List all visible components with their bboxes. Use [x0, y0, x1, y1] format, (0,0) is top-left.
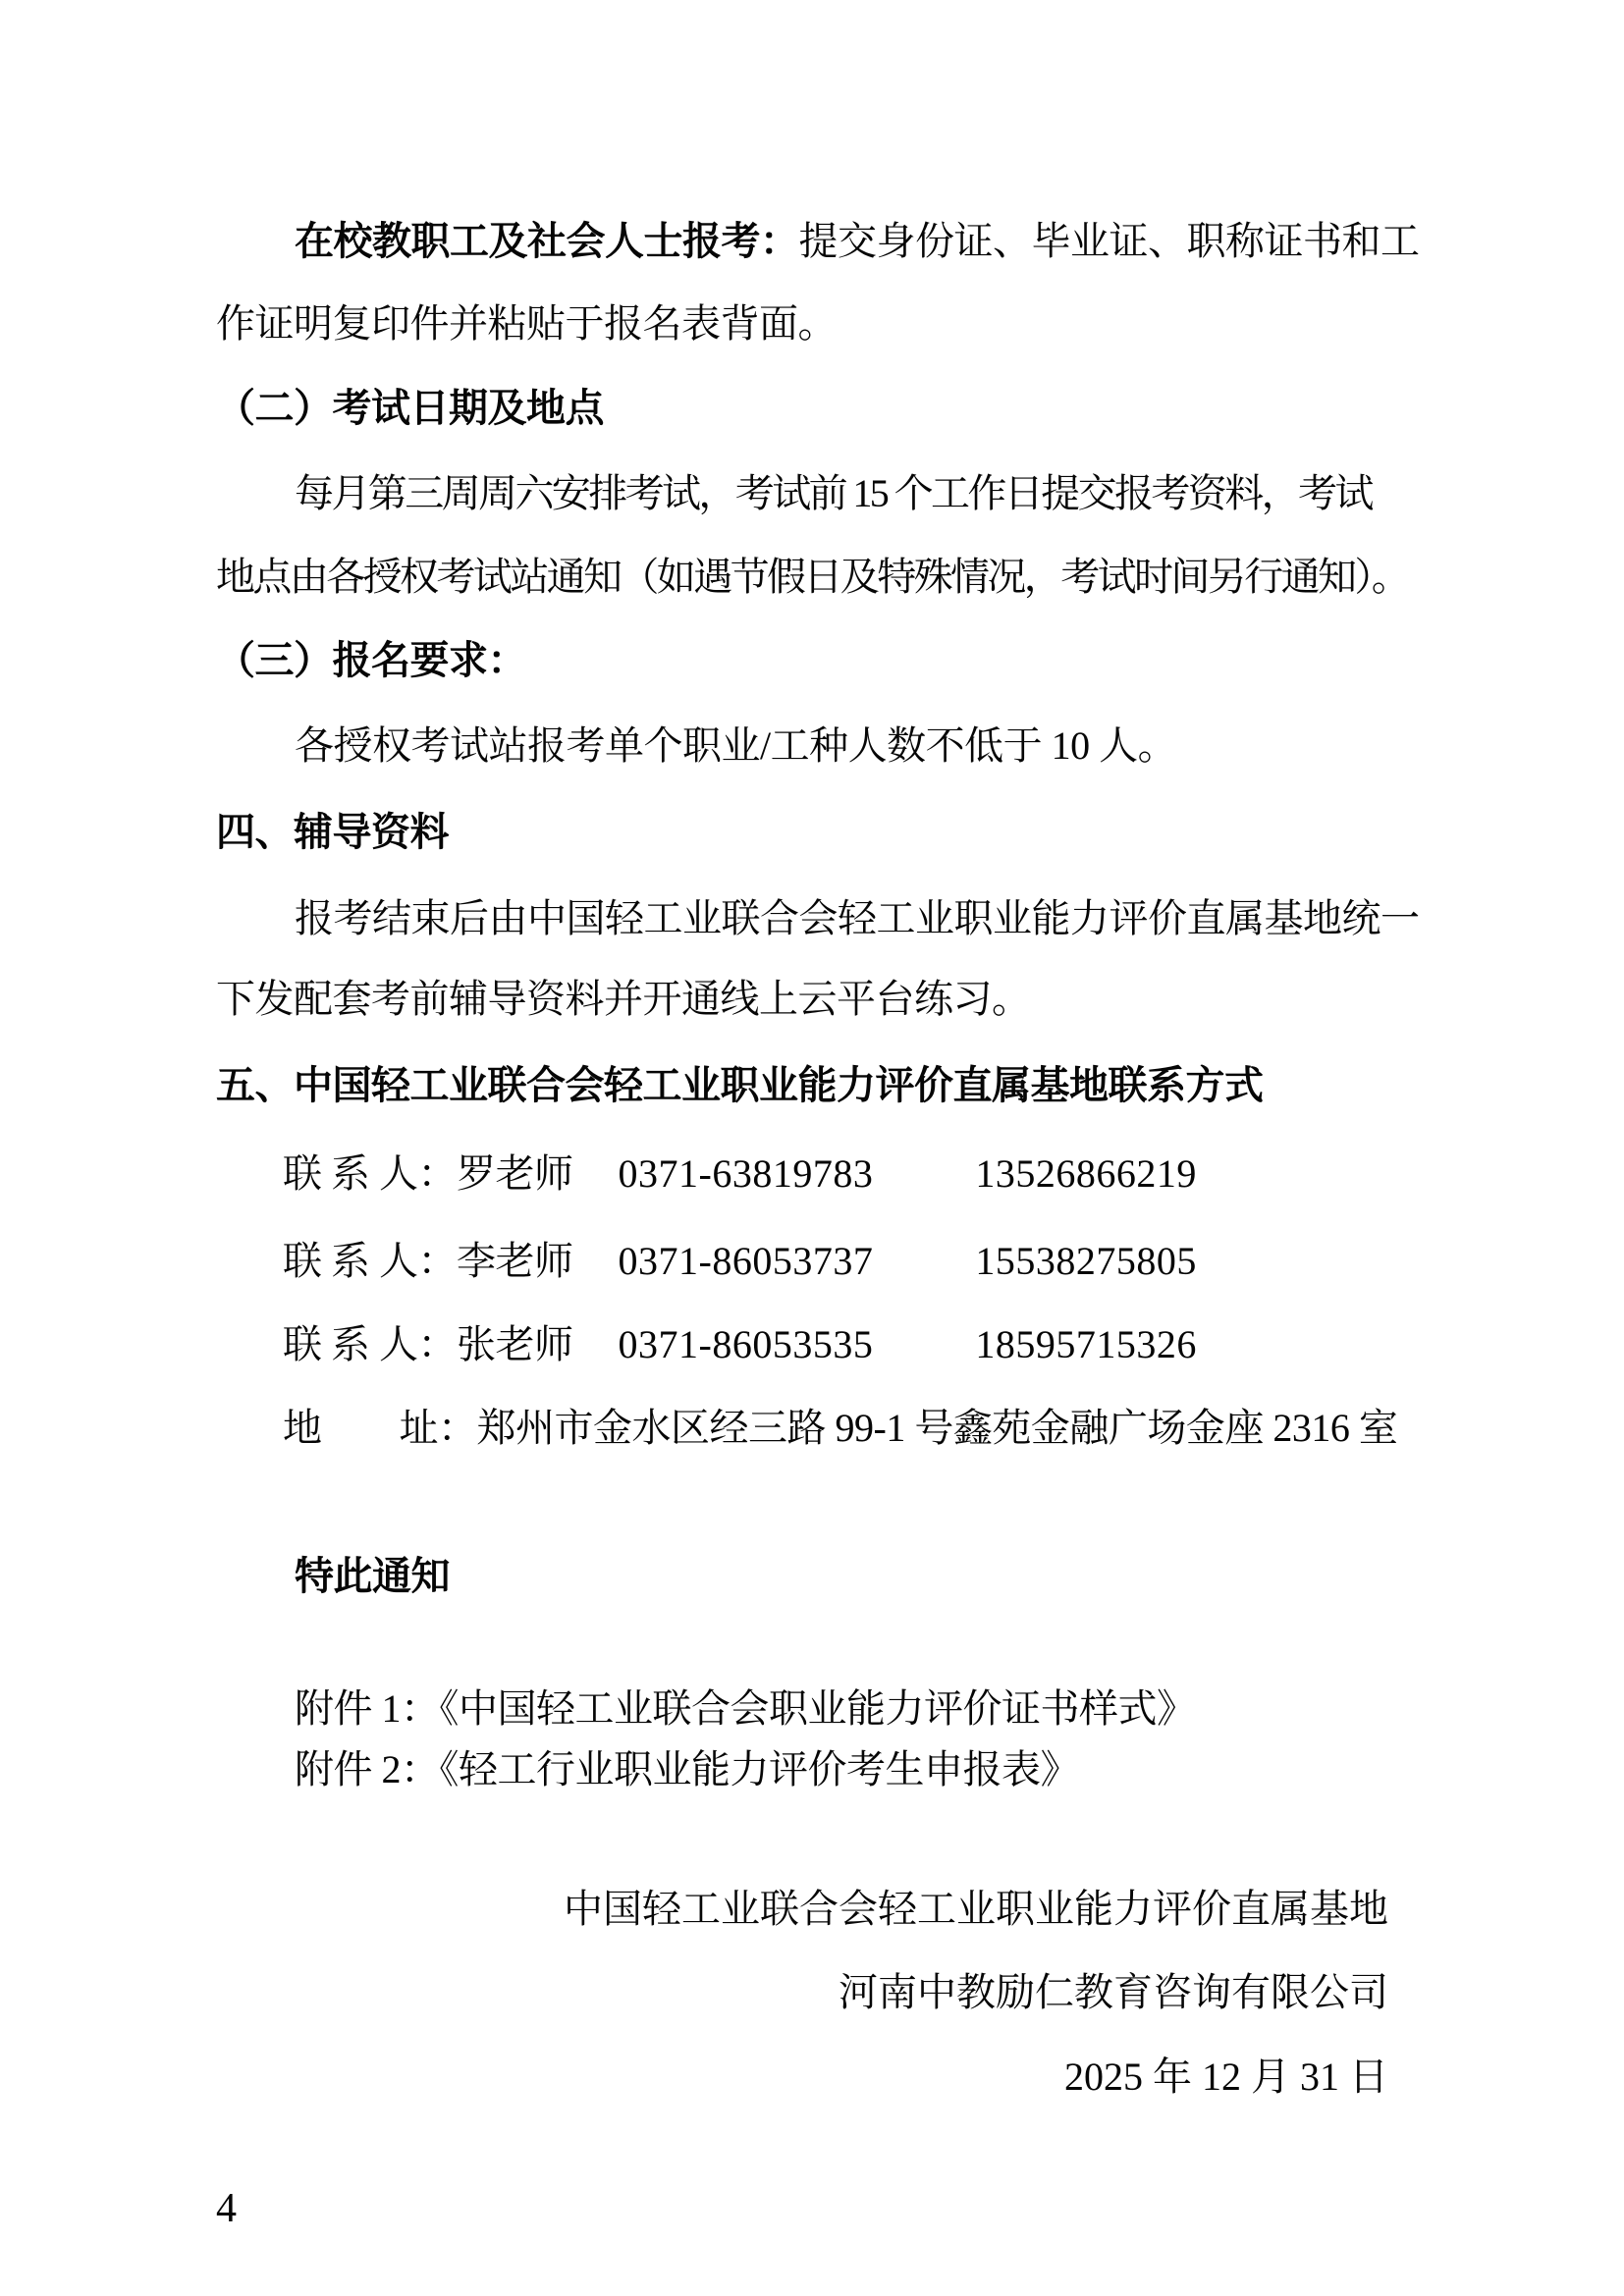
paragraph-staff-line2: 作证明复印件并粘贴于报名表背面。	[216, 300, 837, 347]
paragraph-materials-line2: 下发配套考前辅导资料并开通线上云平台练习。	[216, 976, 1031, 1023]
contact-mobile: 18595715326	[975, 1322, 1197, 1366]
contact-mobile: 13526866219	[975, 1151, 1197, 1196]
heading-exam-date-location: （二）考试日期及地点	[216, 385, 604, 432]
attachment-label: 附件 2：	[295, 1747, 440, 1791]
contact-label: 联 系 人：	[283, 1322, 457, 1366]
attachment-row: 附件 2：《轻工行业职业能力评价考生申报表》	[295, 1746, 1079, 1793]
attachment-title: 《中国轻工业联合会职业能力评价证书样式》	[440, 1686, 1196, 1731]
address-value: 郑州市金水区经三路 99-1 号鑫苑金融广场金座 2316 室	[477, 1406, 1398, 1450]
address-label: 地 址：	[283, 1406, 477, 1450]
paragraph-staff-rest: 提交身份证、毕业证、职称证书和工	[799, 219, 1420, 263]
contact-label: 联 系 人：	[283, 1239, 457, 1283]
page-number: 4	[216, 2185, 237, 2232]
contact-name: 李老师	[457, 1239, 573, 1283]
paragraph-exam-line1: 每月第三周周六安排考试，考试前 15 个工作日提交报考资料，考试	[295, 470, 1372, 517]
contact-phone: 0371-63819783	[619, 1151, 874, 1196]
signature-org-line1: 中国轻工业联合会轻工业职业能力评价直属基地	[216, 1886, 1388, 1933]
contact-phone: 0371-86053535	[619, 1322, 874, 1366]
signature-org-line2: 河南中教励仁教育咨询有限公司	[216, 1969, 1388, 2016]
paragraph-staff-line1: 在校教职工及社会人士报考：提交身份证、毕业证、职称证书和工	[295, 218, 1420, 265]
contact-row: 联 系 人：李老师0371-8605373715538275805	[283, 1238, 1197, 1285]
signature-date: 2025 年 12 月 31 日	[216, 2054, 1388, 2101]
contact-mobile: 15538275805	[975, 1239, 1197, 1283]
paragraph-staff-lead: 在校教职工及社会人士报考：	[295, 219, 799, 263]
heading-contact-info: 五、中国轻工业联合会轻工业职业能力评价直属基地联系方式	[216, 1062, 1264, 1109]
document-page: 在校教职工及社会人士报考：提交身份证、毕业证、职称证书和工 作证明复印件并粘贴于…	[0, 0, 1624, 2296]
paragraph-exam-line2: 地点由各授权考试站通知（如遇节假日及特殊情况，考试时间另行通知）。	[216, 554, 1408, 601]
contact-row: 联 系 人：张老师0371-8605353518595715326	[283, 1321, 1197, 1368]
attachment-title: 《轻工行业职业能力评价考生申报表》	[440, 1747, 1080, 1791]
paragraph-materials-line1: 报考结束后由中国轻工业联合会轻工业职业能力评价直属基地统一	[295, 895, 1420, 942]
contact-row: 联 系 人：罗老师0371-6381978313526866219	[283, 1150, 1197, 1198]
heading-tutoring-materials: 四、辅导资料	[216, 809, 449, 856]
paragraph-requirements: 各授权考试站报考单个职业/工种人数不低于 10 人。	[295, 722, 1176, 770]
address-row: 地 址：郑州市金水区经三路 99-1 号鑫苑金融广场金座 2316 室	[283, 1405, 1397, 1452]
contact-phone: 0371-86053737	[619, 1239, 874, 1283]
attachment-label: 附件 1：	[295, 1686, 440, 1731]
notice-statement: 特此通知	[295, 1553, 450, 1600]
contact-label: 联 系 人：	[283, 1151, 457, 1196]
attachment-row: 附件 1：《中国轻工业联合会职业能力评价证书样式》	[295, 1685, 1196, 1733]
heading-registration-requirements: （三）报名要求：	[216, 637, 526, 684]
contact-name: 罗老师	[457, 1151, 573, 1196]
contact-name: 张老师	[457, 1322, 573, 1366]
